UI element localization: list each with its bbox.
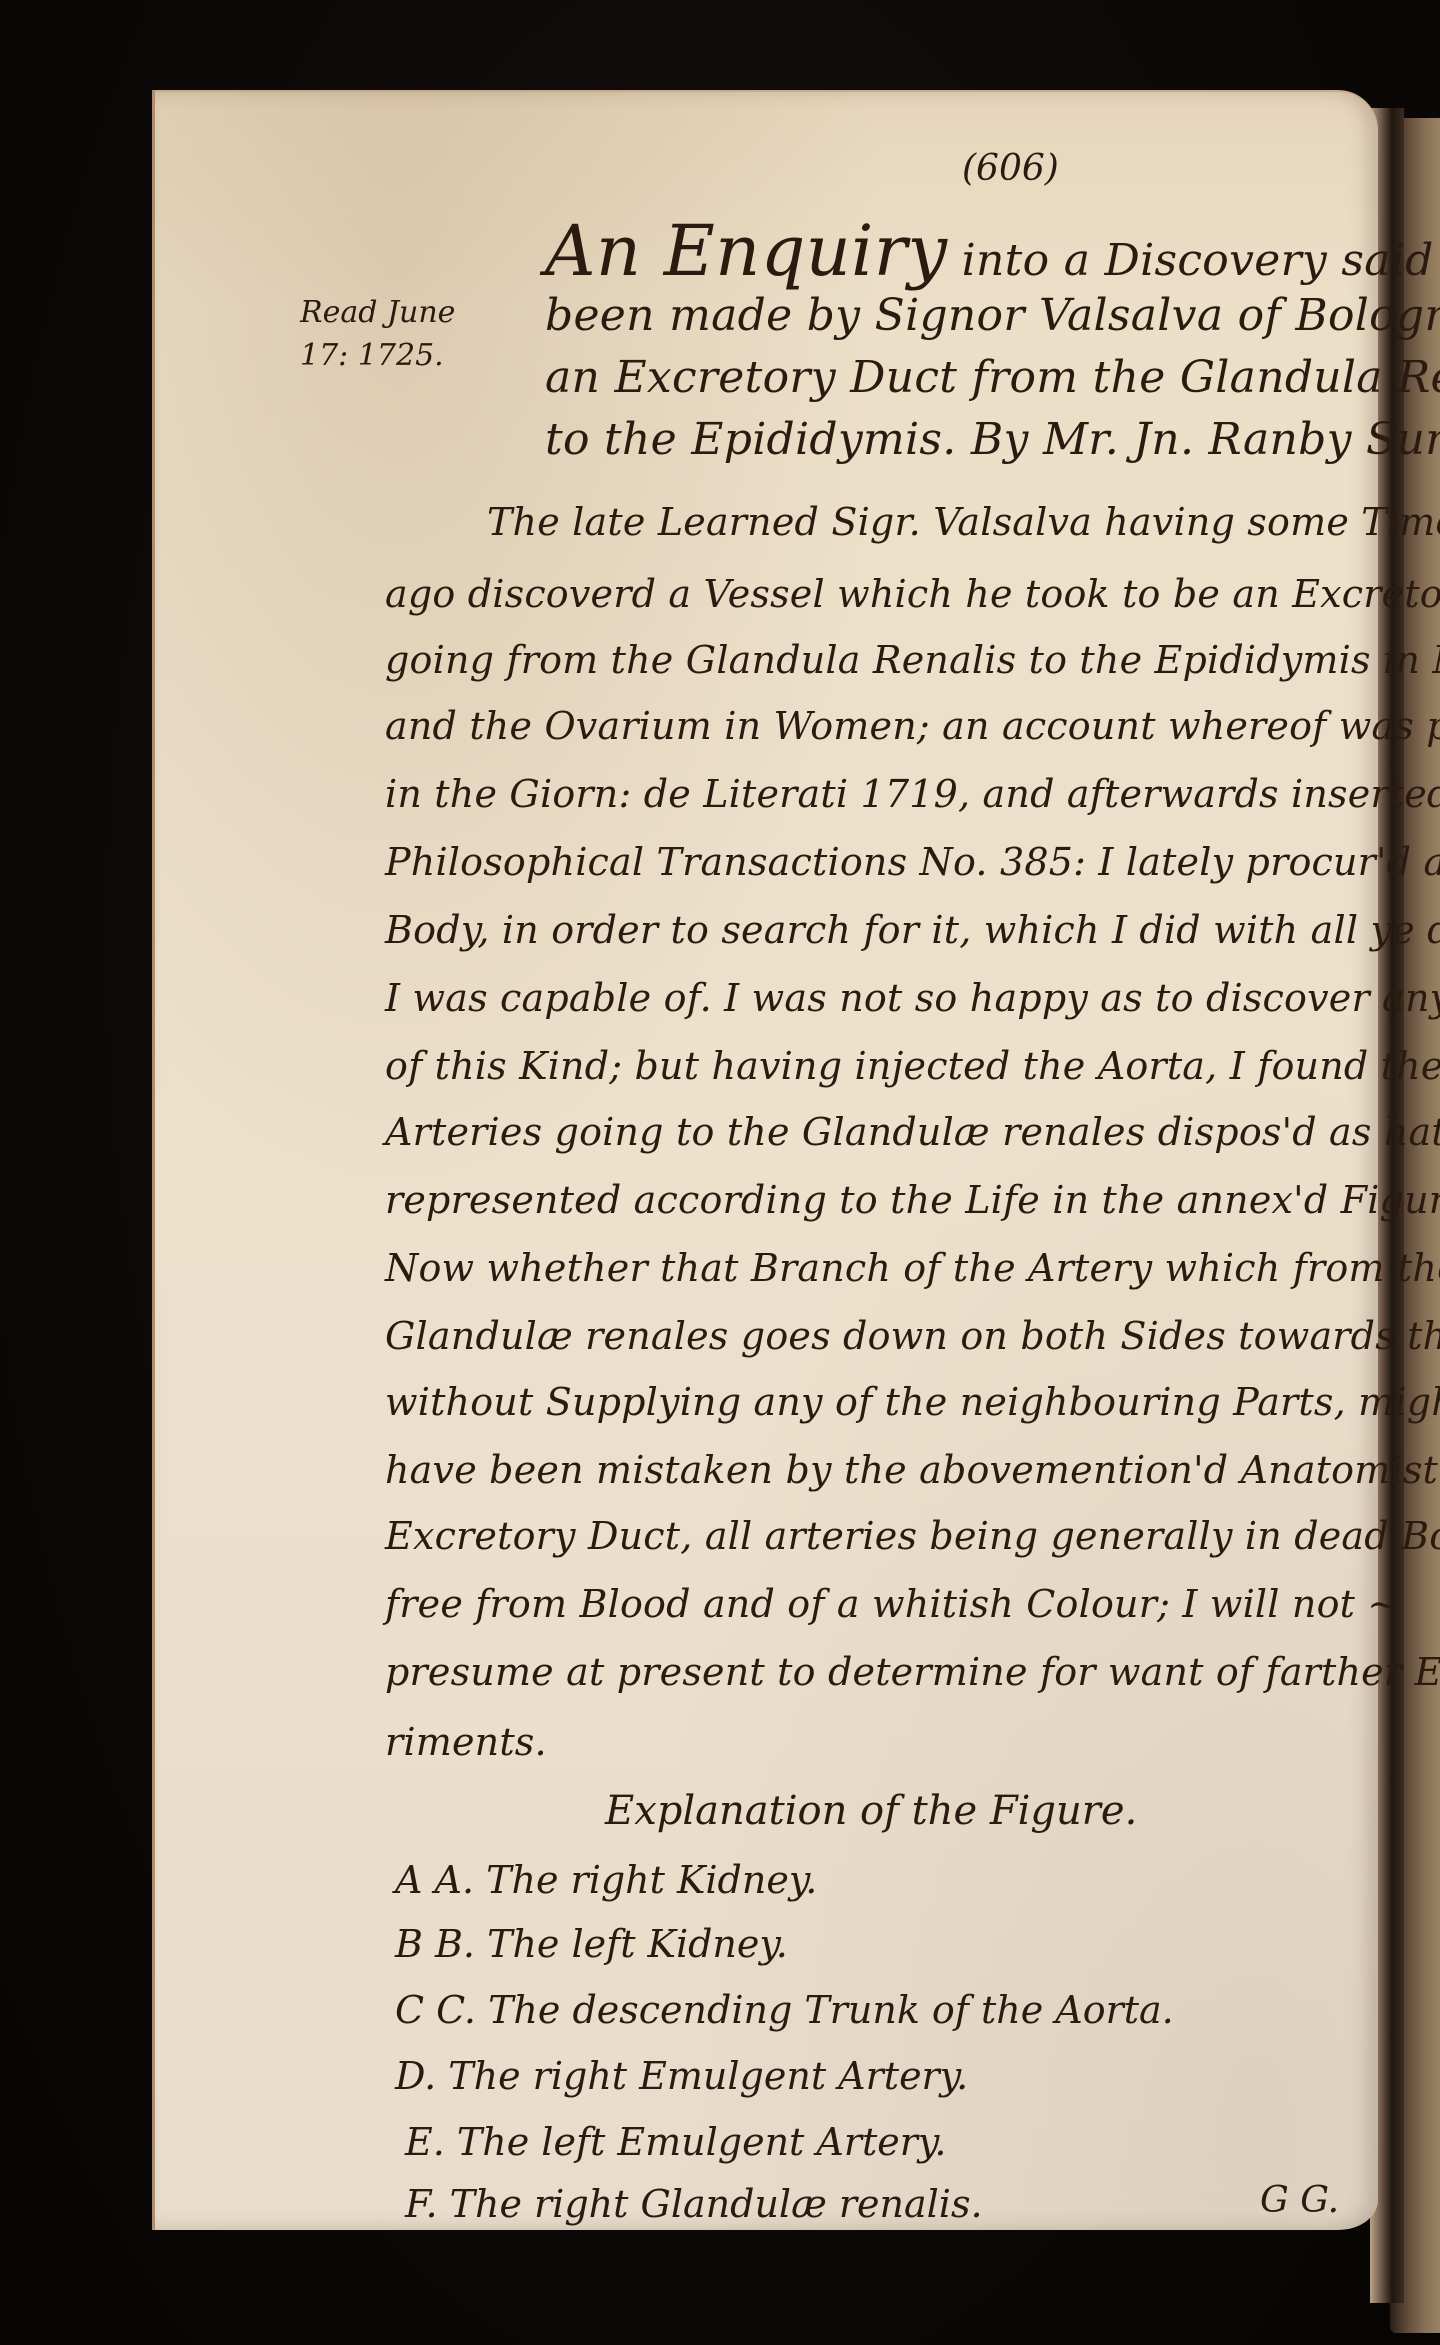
legend-item-d: D. The right Emulgent Artery. <box>395 2054 968 2098</box>
legend-key: D. <box>395 2054 436 2098</box>
legend-key: C C. <box>395 1988 476 2032</box>
body-line-19: riments. <box>385 1720 547 1764</box>
legend-key: A A. <box>395 1858 474 1902</box>
legend-key: E. <box>405 2120 445 2164</box>
body-line-4: and the Ovarium in Women; an account whe… <box>385 704 1440 748</box>
body-line-12: Now whether that Branch of the Artery wh… <box>385 1246 1440 1290</box>
legend-key: F. <box>405 2182 438 2226</box>
body-line-8: I was capable of. I was not so happy as … <box>385 976 1440 1020</box>
body-line-2: ago discoverd a Vessel which he took to … <box>385 572 1440 616</box>
title-rest: into a Discovery said to have <box>947 235 1440 286</box>
legend-text: The right Emulgent Artery. <box>448 2054 968 2098</box>
legend-text: The left Emulgent Artery. <box>457 2120 947 2164</box>
title-lead: An Enquiry <box>545 210 947 292</box>
legend-text: The left Kidney. <box>487 1922 788 1966</box>
legend-text: The right Glandulæ renalis. <box>450 2182 983 2226</box>
title-line-3: an Excretory Duct from the Glandula Rena… <box>545 352 1440 403</box>
legend-item-a: A A. The right Kidney. <box>395 1858 817 1902</box>
body-line-5: in the Giorn: de Literati 1719, and afte… <box>385 772 1440 816</box>
legend-item-e: E. The left Emulgent Artery. <box>405 2120 946 2164</box>
explanation-heading: Explanation of the Figure. <box>605 1788 1137 1834</box>
title-line-1: An Enquiry into a Discovery said to have <box>545 210 1440 292</box>
catchword: G G. <box>1260 2180 1339 2221</box>
body-line-17: free from Blood and of a whitish Colour;… <box>385 1582 1399 1626</box>
body-line-1: The late Learned Sigr. Valsalva having s… <box>487 500 1440 544</box>
legend-text: The descending Trunk of the Aorta. <box>488 1988 1174 2032</box>
legend-item-c: C C. The descending Trunk of the Aorta. <box>395 1988 1174 2032</box>
body-line-6: Philosophical Transactions No. 385: I la… <box>385 840 1440 884</box>
body-line-16: Excretory Duct, all arteries being gener… <box>385 1514 1440 1558</box>
legend-text: The right Kidney. <box>486 1858 817 1902</box>
legend-key: B B. <box>395 1922 475 1966</box>
body-line-14: without Supplying any of the neighbourin… <box>385 1380 1440 1424</box>
body-line-7: Body, in order to search for it, which I… <box>385 908 1440 952</box>
margin-note-date: 17: 1725. <box>300 338 444 373</box>
body-line-13: Glandulæ renales goes down on both Sides… <box>385 1314 1440 1358</box>
margin-note-read: Read June <box>300 295 455 330</box>
title-line-2: been made by Signor Valsalva of Bologna,… <box>545 290 1440 341</box>
body-line-15: have been mistaken by the abovemention'd… <box>385 1448 1440 1492</box>
body-line-10: Arteries going to the Glandulæ renales d… <box>385 1110 1440 1154</box>
body-line-18: presume at present to determine for want… <box>385 1650 1440 1694</box>
page-number: (606) <box>962 148 1059 189</box>
legend-item-f: F. The right Glandulæ renalis. <box>405 2182 983 2226</box>
manuscript-page: (606) An Enquiry into a Discovery said t… <box>152 90 1378 2230</box>
body-line-3: going from the Glandula Renalis to the E… <box>385 638 1440 682</box>
title-line-4: to the Epididymis. By Mr. Jn. Ranby Surg… <box>545 414 1440 465</box>
legend-item-b: B B. The left Kidney. <box>395 1922 788 1966</box>
body-line-9: of this Kind; but having injected the Ao… <box>385 1044 1440 1088</box>
body-line-11: represented according to the Life in the… <box>385 1178 1440 1222</box>
